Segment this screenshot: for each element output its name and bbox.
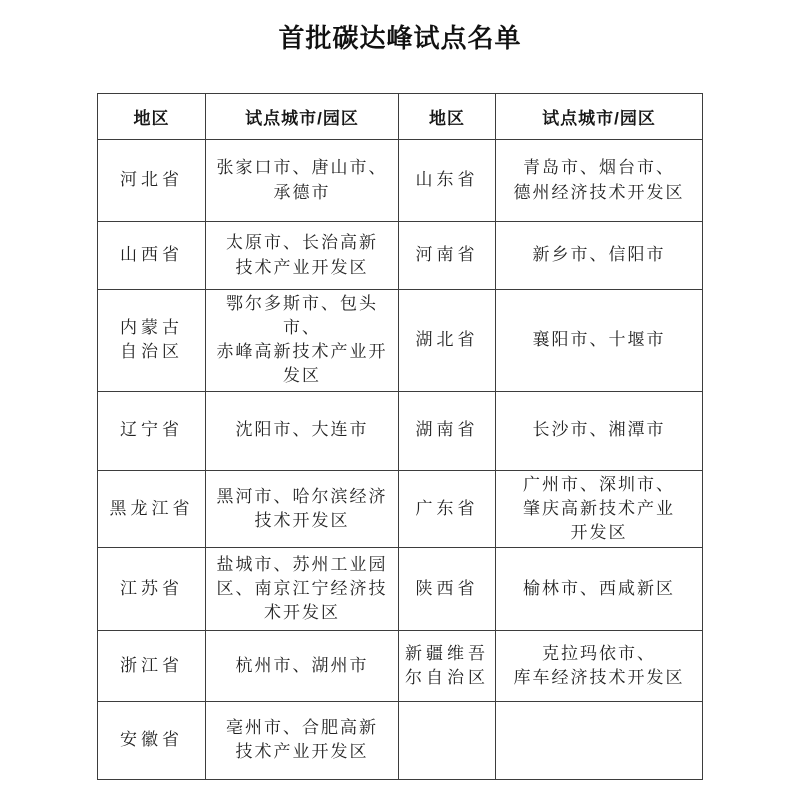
region-cell-right: 山东省 [399,140,496,222]
cities-cell-right: 新乡市、信阳市 [496,222,703,290]
table-row: 内蒙古 自治区 鄂尔多斯市、包头市、 赤峰高新技术产业开 发区 湖北省 襄阳市、… [98,290,703,392]
cities-cell-left: 鄂尔多斯市、包头市、 赤峰高新技术产业开 发区 [206,290,399,392]
cities-cell-right: 襄阳市、十堰市 [496,290,703,392]
region-cell-right: 湖北省 [399,290,496,392]
cities-cell-left: 沈阳市、大连市 [206,391,399,470]
cities-cell-left: 黑河市、哈尔滨经济 技术开发区 [206,470,399,547]
table-row: 浙江省 杭州市、湖州市 新疆维吾 尔自治区 克拉玛依市、 库车经济技术开发区 [98,630,703,701]
cities-cell-right: 青岛市、烟台市、 德州经济技术开发区 [496,140,703,222]
region-cell-right: 河南省 [399,222,496,290]
cities-cell-left: 杭州市、湖州市 [206,630,399,701]
region-cell-right: 新疆维吾 尔自治区 [399,630,496,701]
region-cell-right: 湖南省 [399,391,496,470]
region-cell-left: 辽宁省 [98,391,206,470]
table-row: 山西省 太原市、长治高新 技术产业开发区 河南省 新乡市、信阳市 [98,222,703,290]
cities-cell-right: 广州市、深圳市、 肇庆高新技术产业 开发区 [496,470,703,547]
region-cell-left: 内蒙古 自治区 [98,290,206,392]
region-cell-left: 河北省 [98,140,206,222]
col-header-region-left: 地区 [98,94,206,140]
cities-cell-right [496,701,703,779]
cities-cell-left: 亳州市、合肥高新 技术产业开发区 [206,701,399,779]
col-header-cities-right: 试点城市/园区 [496,94,703,140]
pilot-list-table: 地区 试点城市/园区 地区 试点城市/园区 河北省 张家口市、唐山市、 承德市 … [97,93,703,780]
col-header-region-right: 地区 [399,94,496,140]
cities-cell-right: 长沙市、湘潭市 [496,391,703,470]
region-cell-left: 浙江省 [98,630,206,701]
document-page: 首批碳达峰试点名单 地区 试点城市/园区 地区 试点城市/园区 河北省 张家口市… [0,0,800,805]
table-row: 辽宁省 沈阳市、大连市 湖南省 长沙市、湘潭市 [98,391,703,470]
region-cell-right: 陕西省 [399,547,496,630]
region-cell-left: 黑龙江省 [98,470,206,547]
region-cell-right [399,701,496,779]
region-cell-left: 江苏省 [98,547,206,630]
table-row: 河北省 张家口市、唐山市、 承德市 山东省 青岛市、烟台市、 德州经济技术开发区 [98,140,703,222]
cities-cell-left: 张家口市、唐山市、 承德市 [206,140,399,222]
region-cell-left: 山西省 [98,222,206,290]
cities-cell-left: 太原市、长治高新 技术产业开发区 [206,222,399,290]
page-title: 首批碳达峰试点名单 [0,18,800,55]
table-row: 江苏省 盐城市、苏州工业园 区、南京江宁经济技 术开发区 陕西省 榆林市、西咸新… [98,547,703,630]
cities-cell-left: 盐城市、苏州工业园 区、南京江宁经济技 术开发区 [206,547,399,630]
table-row: 安徽省 亳州市、合肥高新 技术产业开发区 [98,701,703,779]
table-header-row: 地区 试点城市/园区 地区 试点城市/园区 [98,94,703,140]
cities-cell-right: 克拉玛依市、 库车经济技术开发区 [496,630,703,701]
col-header-cities-left: 试点城市/园区 [206,94,399,140]
table-row: 黑龙江省 黑河市、哈尔滨经济 技术开发区 广东省 广州市、深圳市、 肇庆高新技术… [98,470,703,547]
region-cell-right: 广东省 [399,470,496,547]
region-cell-left: 安徽省 [98,701,206,779]
cities-cell-right: 榆林市、西咸新区 [496,547,703,630]
